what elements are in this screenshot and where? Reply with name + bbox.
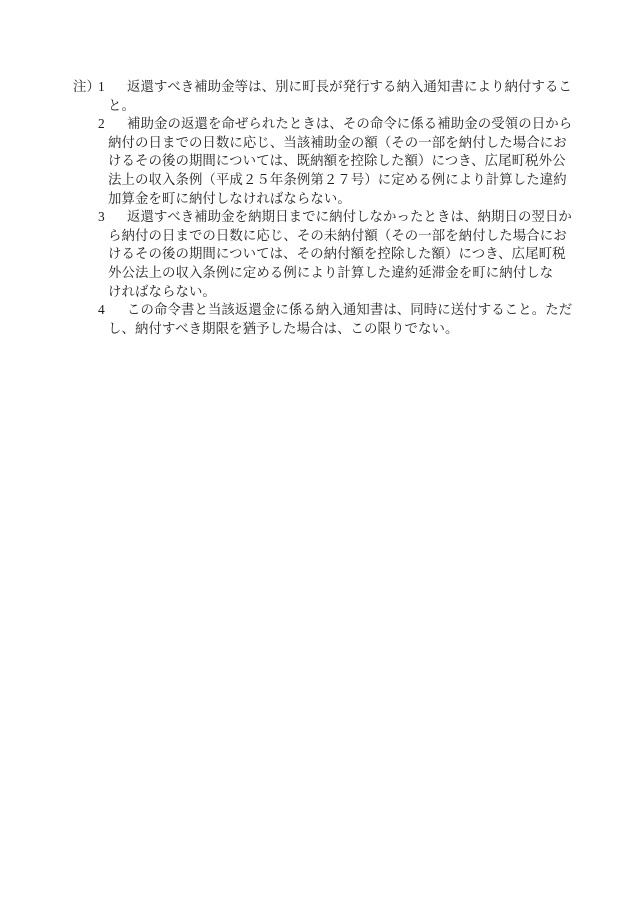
note-line: けるその後の期間については、その納付額を控除した額）につき、広尾町税 — [108, 245, 572, 264]
notes-section: 注） 1返還すべき補助金等は、別に町長が発行する納入通知書により納付するこ と。… — [73, 78, 572, 338]
note-line: ら納付の日までの日数に応じ、その未納付額（その一部を納付した場合にお — [108, 227, 572, 246]
note-item-4: 4この命令書と当該返還金に係る納入通知書は、同時に送付すること。ただ し、納付す… — [98, 301, 572, 338]
note-line: 法上の収入条例（平成２５年条例第２７号）に定める例により計算した違約 — [108, 171, 572, 190]
note-line-text: 返還すべき補助金等は、別に町長が発行する納入通知書により納付するこ — [127, 79, 572, 94]
note-line: 加算金を町に納付しなければならない。 — [108, 190, 572, 209]
document-page: 注） 1返還すべき補助金等は、別に町長が発行する納入通知書により納付するこ と。… — [0, 0, 630, 915]
note-item-1: 1返還すべき補助金等は、別に町長が発行する納入通知書により納付するこ と。 — [98, 78, 572, 115]
note-line: 2補助金の返還を命ぜられたときは、その命令に係る補助金の受領の日から — [98, 115, 572, 134]
note-item-number: 4 — [98, 301, 127, 320]
note-line: 納付の日までの日数に応じ、当該補助金の額（その一部を納付した場合にお — [108, 134, 572, 153]
note-line: 3返還すべき補助金を納期日までに納付しなかったときは、納期日の翌日か — [98, 208, 572, 227]
note-item-3: 3返還すべき補助金を納期日までに納付しなかったときは、納期日の翌日か ら納付の日… — [98, 208, 572, 301]
note-line: し、納付すべき期限を猶予した場合は、この限りでない。 — [108, 320, 572, 339]
note-line: ければならない。 — [108, 283, 572, 302]
note-item-number: 2 — [98, 115, 127, 134]
note-item-number: 1 — [98, 78, 127, 97]
note-line: と。 — [108, 97, 572, 116]
note-items: 1返還すべき補助金等は、別に町長が発行する納入通知書により納付するこ と。 2補… — [98, 78, 572, 338]
note-line: 外公法上の収入条例に定める例により計算した違約延滞金を町に納付しな — [108, 264, 572, 283]
note-line-text: この命令書と当該返還金に係る納入通知書は、同時に送付すること。ただ — [127, 302, 572, 317]
note-label: 注） — [73, 78, 98, 97]
note-line: 1返還すべき補助金等は、別に町長が発行する納入通知書により納付するこ — [98, 78, 572, 97]
note-line: けるその後の期間については、既納額を控除した額）につき、広尾町税外公 — [108, 152, 572, 171]
note-line-text: 返還すべき補助金を納期日までに納付しなかったときは、納期日の翌日か — [127, 209, 572, 224]
note-line: 4この命令書と当該返還金に係る納入通知書は、同時に送付すること。ただ — [98, 301, 572, 320]
note-item-number: 3 — [98, 208, 127, 227]
note-line-text: 補助金の返還を命ぜられたときは、その命令に係る補助金の受領の日から — [127, 116, 572, 131]
note-item-2: 2補助金の返還を命ぜられたときは、その命令に係る補助金の受領の日から 納付の日ま… — [98, 115, 572, 208]
